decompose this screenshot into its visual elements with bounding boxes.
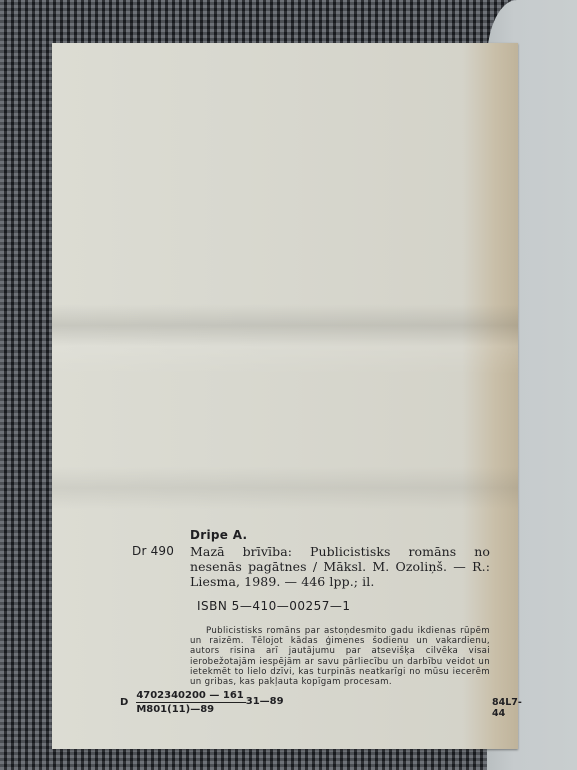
index-numerator: 4702340200 — 161 <box>136 690 245 703</box>
author-name: Dripe A. <box>190 528 247 542</box>
annotation-text: Publicistisks romāns par astoņdesmito ga… <box>190 626 490 687</box>
isbn: ISBN 5—410—00257—1 <box>197 599 351 613</box>
index-suffix: 31—89 <box>246 696 284 707</box>
book-page: Dripe A. Dr 490 Mazā brīvība: Publicisti… <box>52 43 518 749</box>
publication-index: D 4702340200 — 161 M801(11)—89 31—89 <box>120 686 284 718</box>
bibliographic-entry: Mazā brīvība: Publicistisks romāns no ne… <box>190 544 490 589</box>
index-letter: D <box>120 697 128 708</box>
index-denominator: M801(11)—89 <box>136 703 214 715</box>
call-number: Dr 490 <box>132 544 174 558</box>
bbk-code: 84L7-44 <box>492 697 522 719</box>
index-fraction: 4702340200 — 161 M801(11)—89 <box>136 690 245 715</box>
